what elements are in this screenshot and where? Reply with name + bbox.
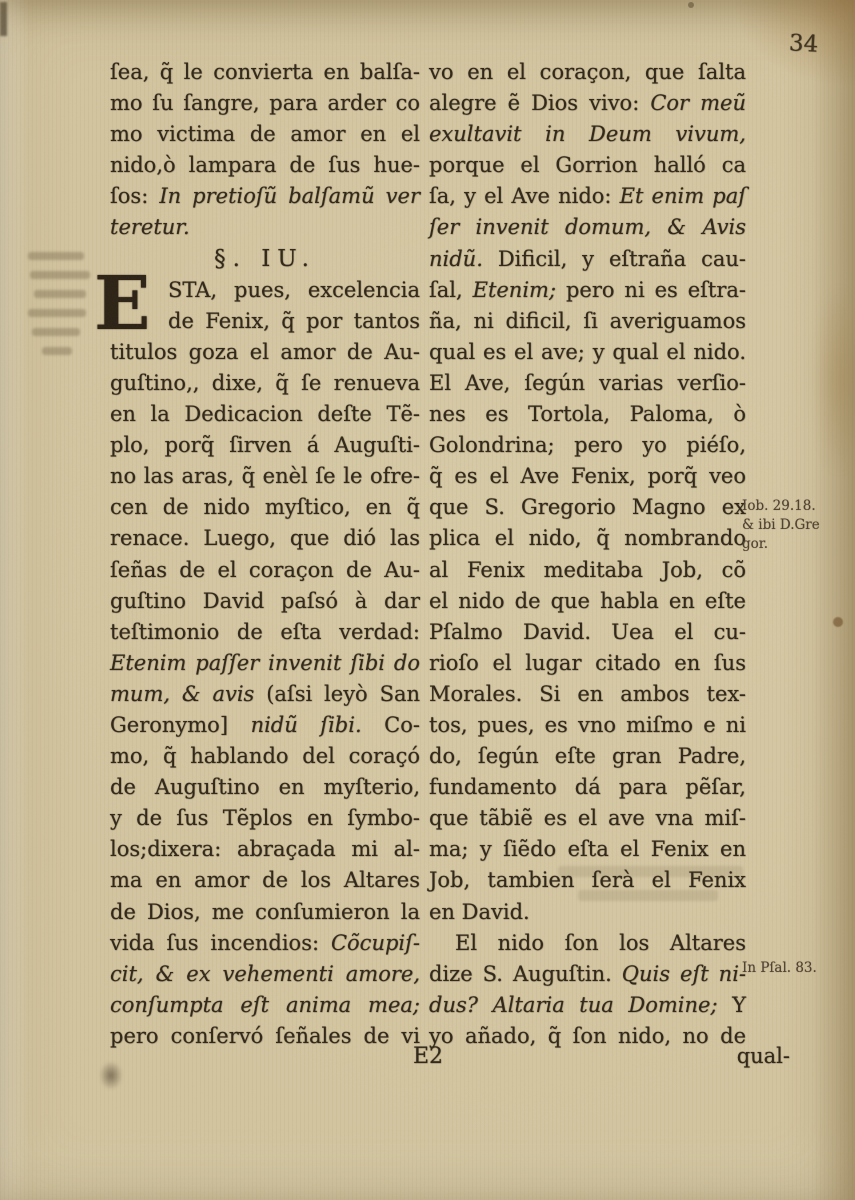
text-column-left: E ſea, q̃ le convierta en balſa-mo ſu ſa… — [110, 57, 420, 1052]
text-column-right: vo en el coraçon, que ſaltaalegre ẽ Dios… — [429, 57, 746, 1052]
text-line: cit, & ex vehementi amore, — [110, 959, 420, 990]
margin-note-line: In Pſal. 83. — [742, 959, 832, 978]
text-line: Golondrina; pero yo piéſo, — [429, 430, 746, 461]
text-line: de Auguſtino en myſterio, — [110, 772, 420, 803]
text-line: Geronymo] nidũ ſibi. Co- — [110, 710, 420, 741]
text-line: conſumpta eſt anima mea; — [110, 990, 420, 1021]
text-line: ma en amor de los Altares — [110, 865, 420, 896]
text-line: mo ſu ſangre, para arder co — [110, 88, 420, 119]
text-line: ſal, Etenim; pero ni es eſtra- — [429, 275, 746, 306]
text-line: Etenim paſſer invenit ſibi do — [110, 648, 420, 679]
bleed-through-smudge — [28, 252, 90, 366]
text-line: nido,ò lampara de ſus hue- — [110, 150, 420, 181]
text-line: El nido ſon los Altares — [429, 928, 746, 959]
page-edge-mark — [0, 2, 7, 36]
text-line: mo victima de amor en el — [110, 119, 420, 150]
text-line: los;dixera: abraçada mi al- — [110, 834, 420, 865]
text-line: nes es Tortola, Paloma, ò — [429, 399, 746, 430]
margin-note-line: & ibi D.Gre — [742, 516, 822, 535]
margin-note-citation: In Pſal. 83. — [742, 959, 832, 978]
text-line: teſtimonio de eſta verdad: — [110, 617, 420, 648]
text-line: no las aras, q̃ enèl ſe le ofre- — [110, 461, 420, 492]
text-line: tos, pues, es vno miſmo e ni — [429, 710, 746, 741]
text-line: vo en el coraçon, que ſalta — [429, 57, 746, 88]
paper-stain — [812, 285, 855, 475]
text-line: plo, porq̃ ſirven á Auguſti- — [110, 430, 420, 461]
text-line: Job, tambien ſerà el Fenix — [429, 865, 746, 896]
text-line: teretur. — [110, 212, 420, 243]
margin-note-citation: Iob. 29.18.& ibi D.Gregor. — [742, 497, 822, 554]
text-line: q̃ es el Ave Fenix, porq̃ veo — [429, 461, 746, 492]
ink-smudge — [100, 1062, 122, 1089]
text-line: mum, & avis (aſsi leyò San — [110, 679, 420, 710]
text-line: que S. Gregorio Magno ex — [429, 492, 746, 523]
text-line: guſtino David paſsó à dar — [110, 586, 420, 617]
text-line: fundamento dá para pẽſar, — [429, 772, 746, 803]
signature-mark: E2 — [413, 1044, 443, 1069]
drop-cap: E — [94, 269, 164, 339]
text-line: plica el nido, q̃ nombrando — [429, 523, 746, 554]
text-line: porque el Gorrion halló ca — [429, 150, 746, 181]
text-line: ſeñas de el coraçon de Au- — [110, 555, 420, 586]
text-line: que tãbiẽ es el ave vna miſ- — [429, 803, 746, 834]
text-line: guſtino,, dixe, q̃ ſe renueva — [110, 368, 420, 399]
text-line: Morales. Si en ambos tex- — [429, 679, 746, 710]
text-line: rioſo el lugar citado en ſus — [429, 648, 746, 679]
text-line: ſea, q̃ le convierta en balſa- — [110, 57, 420, 88]
text-line: dize S. Auguſtin. Quis eſt ni- — [429, 959, 746, 990]
text-line: pero conſervó ſeñales de vi — [110, 1021, 420, 1052]
text-line: nidũ. Dificil, y eſtraña cau- — [429, 244, 746, 275]
text-line: titulos goza el amor de Au- — [110, 337, 420, 368]
text-line: en la Dedicacion deſte Tẽ- — [110, 399, 420, 430]
text-line: do, ſegún eſte gran Padre, — [429, 741, 746, 772]
text-line: mo, q̃ hablando del coraçó — [110, 741, 420, 772]
scanned-book-page: 34 E ſea, q̃ le convierta en balſa-mo ſu… — [0, 0, 855, 1200]
text-line: ſos: In pretioſũ balſamũ ver — [110, 181, 420, 212]
text-line: exultavit in Deum vivum, — [429, 119, 746, 150]
text-line: renace. Luego, que dió las — [110, 523, 420, 554]
margin-note-line: Iob. 29.18. — [742, 497, 822, 516]
folio-number: 34 — [788, 30, 819, 57]
ink-spot — [688, 2, 694, 8]
text-line: el nido de que habla en eſte — [429, 586, 746, 617]
text-line: cen de nido myſtico, en q̃ — [110, 492, 420, 523]
text-line: dus? Altaria tua Domine; Y — [429, 990, 746, 1021]
text-line: en David. — [429, 897, 746, 928]
text-line: qual es el ave; y qual el nido. — [429, 337, 746, 368]
margin-note-line: gor. — [742, 535, 822, 554]
text-line: ſa, y el Ave nido: Et enim paſ — [429, 181, 746, 212]
text-line: Pſalmo David. Uea el cu- — [429, 617, 746, 648]
text-line: El Ave, ſegún varias verſio- — [429, 368, 746, 399]
text-line: ña, ni dificil, ſi averiguamos — [429, 306, 746, 337]
text-line: vida ſus incendios: Cõcupiſ- — [110, 928, 420, 959]
text-line: y de ſus Tẽplos en ſymbo- — [110, 803, 420, 834]
ink-spot — [833, 617, 843, 627]
catchword: qual- — [640, 1044, 790, 1068]
text-line: ma; y ſiẽdo eſta el Fenix en — [429, 834, 746, 865]
text-line: al Fenix meditaba Job, cõ — [429, 555, 746, 586]
text-line: ſer invenit domum, & Avis — [429, 212, 746, 243]
text-line: de Dios, me conſumieron la — [110, 897, 420, 928]
text-line: alegre ẽ Dios vivo: Cor meũ — [429, 88, 746, 119]
